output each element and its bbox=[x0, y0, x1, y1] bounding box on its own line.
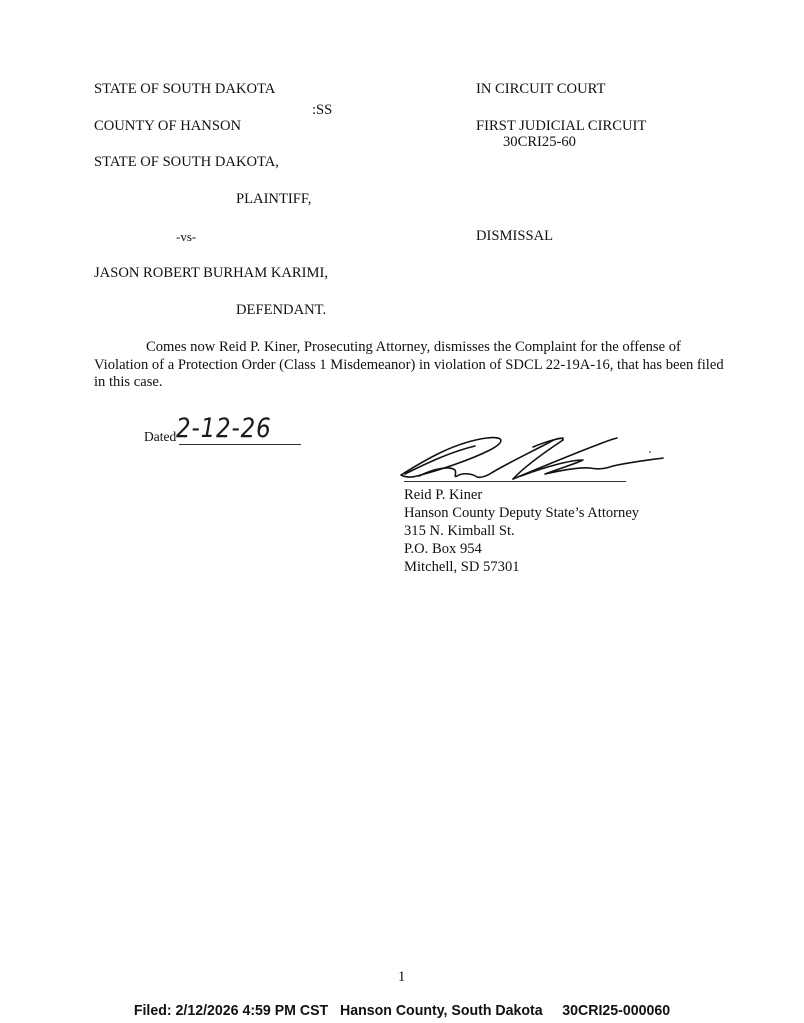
plaintiff-role: PLAINTIFF, bbox=[236, 192, 311, 207]
filing-stamp: Filed: 2/12/2026 4:59 PM CST Hanson Coun… bbox=[12, 1004, 792, 1019]
dismissal-paragraph: Comes now Reid P. Kiner, Prosecuting Att… bbox=[94, 339, 726, 392]
plaintiff-name: STATE OF SOUTH DAKOTA, bbox=[94, 155, 279, 170]
defendant-name: JASON ROBERT BURHAM KARIMI, bbox=[94, 266, 328, 281]
handwritten-signature-icon bbox=[395, 430, 685, 485]
page-number: 1 bbox=[398, 970, 405, 985]
signer-title: Hanson County Deputy State’s Attorney bbox=[404, 504, 639, 522]
caption-ss: :SS bbox=[312, 103, 332, 118]
case-number: 30CRI25-60 bbox=[503, 135, 576, 150]
dated-label: Dated bbox=[144, 429, 176, 445]
defendant-role: DEFENDANT. bbox=[236, 303, 326, 318]
versus-mark: -vs- bbox=[176, 230, 196, 243]
dated-underline bbox=[179, 444, 301, 445]
signature-block: Reid P. Kiner Hanson County Deputy State… bbox=[404, 486, 639, 576]
address-line-2: P.O. Box 954 bbox=[404, 540, 639, 558]
court-name: IN CIRCUIT COURT bbox=[476, 82, 605, 97]
document-title: DISMISSAL bbox=[476, 229, 553, 244]
dated-field: Dated 2-12-26 bbox=[144, 417, 304, 451]
address-line-1: 315 N. Kimball St. bbox=[404, 522, 639, 540]
circuit-name: FIRST JUDICIAL CIRCUIT bbox=[476, 119, 646, 134]
signature-line bbox=[404, 481, 626, 482]
dated-handwritten-value: 2-12-26 bbox=[176, 413, 272, 444]
signer-name: Reid P. Kiner bbox=[404, 486, 639, 504]
caption-state: STATE OF SOUTH DAKOTA bbox=[94, 82, 275, 97]
address-line-3: Mitchell, SD 57301 bbox=[404, 558, 639, 576]
caption-county: COUNTY OF HANSON bbox=[94, 119, 241, 134]
